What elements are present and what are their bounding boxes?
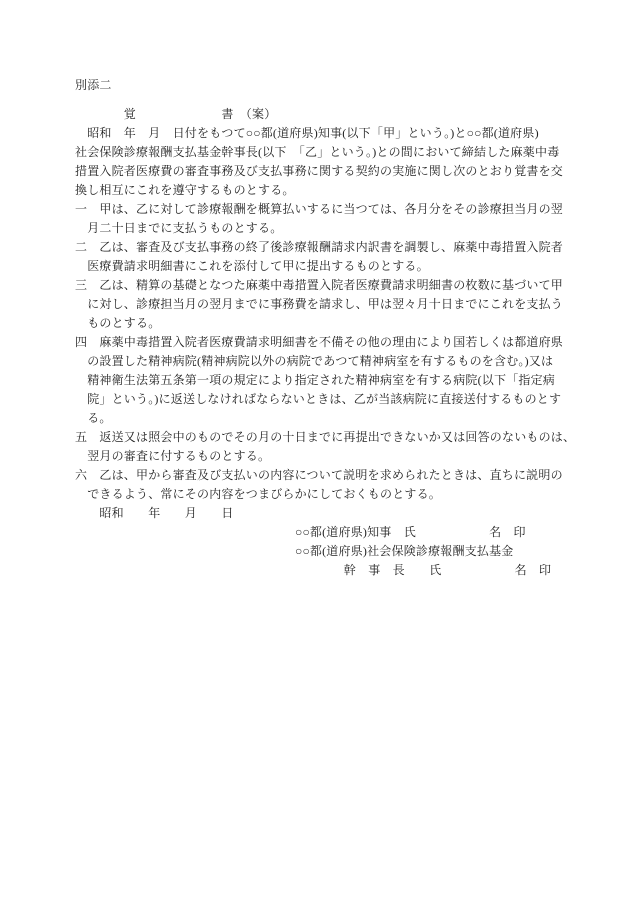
item-6-line: 六 乙は、甲から審査及び支払いの内容について説明を求められたときは、直ちに説明の <box>75 466 559 485</box>
doc-title: 覚 書 （案） <box>75 105 559 124</box>
item-5-line: 五 返送又は照会中のものでその月の十日までに再提出できないか又は回答のないものは… <box>75 428 559 447</box>
intro-line: 措置入院者医療費の審査事務及び支払事務に関する契約の実施に関し次のとおり覚書を交 <box>75 162 559 181</box>
item-2-line: 医療費請求明細書にこれを添付して甲に提出するものとする。 <box>75 257 559 276</box>
item-4-line: る。 <box>75 409 559 428</box>
intro-line: 社会保険診療報酬支払基金幹事長(以下 「乙」という。)との間において締結した麻薬… <box>75 143 559 162</box>
appendix-label: 別添二 <box>75 76 559 95</box>
intro-line: 昭和 年 月 日付をもつて○○都(道府県)知事(以下「甲」という。)と○○都(道… <box>75 124 559 143</box>
signature-line-governor: ○○都(道府県)知事 氏 名 印 <box>295 523 559 542</box>
date-line: 昭和 年 月 日 <box>75 504 559 523</box>
document-page: 別添二 覚 書 （案） 昭和 年 月 日付をもつて○○都(道府県)知事(以下「甲… <box>0 0 630 916</box>
signature-line-fund: ○○都(道府県)社会保険診療報酬支払基金 <box>295 542 559 561</box>
item-2-line: 二 乙は、審査及び支払事務の終了後診療報酬請求内訳書を調製し、麻薬中毒措置入院者 <box>75 238 559 257</box>
item-4-line: 精神衛生法第五条第一項の規定により指定された精神病室を有する病院(以下「指定病 <box>75 371 559 390</box>
item-3-line: に対し、診療担当月の翌月までに事務費を請求し、甲は翌々月十日までにこれを支払う <box>75 295 559 314</box>
memorandum-document: 別添二 覚 書 （案） 昭和 年 月 日付をもつて○○都(道府県)知事(以下「甲… <box>75 76 559 580</box>
item-6-line: できるよう、常にその内容をつまびらかにしておくものとする。 <box>75 485 559 504</box>
item-4-line: 四 麻薬中毒措置入院者医療費請求明細書を不備その他の理由により国若しくは都道府県 <box>75 333 559 352</box>
signature-block: ○○都(道府県)知事 氏 名 印 ○○都(道府県)社会保険診療報酬支払基金 幹 … <box>295 523 559 580</box>
item-4-line: 院」という。)に返送しなければならないときは、乙が当該病院に直接送付するものとす <box>75 390 559 409</box>
item-5-line: 翌月の審査に付するものとする。 <box>75 447 559 466</box>
item-1-line: 月二十日までに支払うものとする。 <box>75 219 559 238</box>
spacer <box>75 95 559 105</box>
item-1-line: 一 甲は、乙に対して診療報酬を概算払いするに当つては、各月分をその診療担当月の翌 <box>75 200 559 219</box>
intro-line: 換し相互にこれを遵守するものとする。 <box>75 181 559 200</box>
signature-line-secretary: 幹 事 長 氏 名 印 <box>295 561 559 580</box>
item-4-line: の設置した精神病院(精神病院以外の病院であつて精神病室を有するものを含む。)又は <box>75 352 559 371</box>
item-3-line: 三 乙は、精算の基礎となつた麻薬中毒措置入院者医療費請求明細書の枚数に基づいて甲 <box>75 276 559 295</box>
item-3-line: ものとする。 <box>75 314 559 333</box>
